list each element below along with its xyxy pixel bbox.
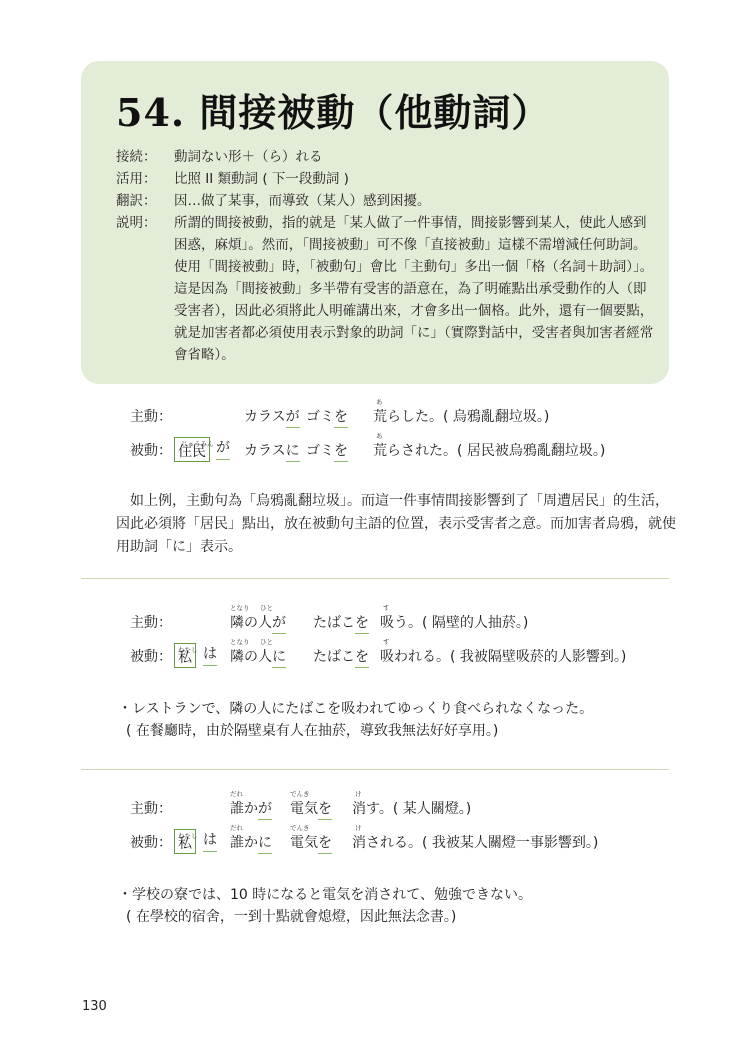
furigana: だれ <box>230 789 243 798</box>
furigana: あ <box>376 397 383 406</box>
object-phrase: でんき電気を <box>290 798 332 818</box>
translation: ( 某人關燈。) <box>393 801 471 817</box>
furigana: あ <box>376 431 383 440</box>
particle: に <box>286 443 300 462</box>
furigana: ひと <box>260 637 273 646</box>
example-2: 主動： となりひと隣の人が たばこを す吸う。( 隔壁的人抽菸。) 被動： わた… <box>130 604 650 672</box>
example-sentence-2: ・レストランで、隣の人にたばこを吸われてゆっくり食べられなくなった。 ( 在餐廳… <box>118 698 658 742</box>
active-sentence: 主動： となりひと隣の人が たばこを す吸う。( 隔壁的人抽菸。) <box>130 604 650 638</box>
info-label: 説明： <box>116 212 174 366</box>
info-conjugation: 活用： 比照 II 類動詞 ( 下一段動詞 ) <box>116 168 656 190</box>
victim-box: じゅうみん住民 <box>174 437 210 462</box>
particle: に <box>272 649 286 668</box>
verb-phrase: け消す。( 某人關燈。) <box>352 798 471 818</box>
verb: 消される。 <box>352 835 422 851</box>
particle: が <box>216 437 230 460</box>
agent: 誰か <box>230 801 258 817</box>
victim-box: わたし私 <box>174 643 196 668</box>
section-divider <box>81 769 669 770</box>
verb-phrase: け消される。( 我被某人關燈一事影響到。) <box>352 832 598 852</box>
particle: が <box>286 409 300 428</box>
agent: 隣の人 <box>230 615 272 631</box>
active-label: 主動： <box>130 798 172 818</box>
example-sentence-3: ・学校の寮では、10 時になると電気を消されて、勉強できない。 ( 在學校的宿舍… <box>118 884 658 928</box>
furigana: す <box>383 637 390 646</box>
info-connection: 接続： 動詞ない形＋（ら）れる <box>116 146 656 168</box>
page-number: 130 <box>82 999 107 1014</box>
info-text: 因…做了某事，而導致（某人）感到困擾。 <box>174 190 656 212</box>
verb-phrase: す吸われる。( 我被隔壁吸菸的人影響到。) <box>380 646 626 666</box>
agent-phrase: カラスに <box>244 440 300 460</box>
verb-phrase: あ荒らした。( 烏鴉亂翻垃圾。) <box>373 406 549 426</box>
info-explanation: 説明： 所謂的間接被動，指的就是「某人做了一件事情，間接影響到某人，使此人感到困… <box>116 212 656 366</box>
object: 電気 <box>290 801 318 817</box>
victim-box: わたし私 <box>174 829 196 854</box>
info-label: 活用： <box>116 168 174 190</box>
furigana: でんき <box>290 789 310 798</box>
active-label: 主動： <box>130 406 172 426</box>
particle: を <box>334 409 348 428</box>
object: 電気 <box>290 835 318 851</box>
agent-phrase: カラスが <box>244 406 300 426</box>
translation: ( 烏鴉亂翻垃圾。) <box>443 409 549 425</box>
verb-rest: らされた。 <box>387 443 457 459</box>
particle: を <box>334 443 348 462</box>
info-label: 接続： <box>116 146 174 168</box>
active-sentence: 主動： カラスが ゴミを あ荒らした。( 烏鴉亂翻垃圾。) <box>130 398 650 432</box>
japanese-sentence: ・レストランで、隣の人にたばこを吸われてゆっくり食べられなくなった。 <box>118 698 658 720</box>
object: たばこ <box>313 649 355 665</box>
furigana: わたし <box>178 831 198 840</box>
passive-sentence: 被動： わたし私 は となりひと隣の人に たばこを す吸われる。( 我被隔壁吸菸… <box>130 638 650 672</box>
chinese-translation: ( 在餐廳時，由於隔壁桌有人在抽菸，導致我無法好好享用。) <box>118 720 658 742</box>
agent: カラス <box>244 409 286 425</box>
particle: は <box>203 829 217 852</box>
example-3: 主動： だれ誰かが でんき電気を け消す。( 某人關燈。) 被動： わたし私 は… <box>130 790 650 858</box>
agent: 隣の人 <box>230 649 272 665</box>
info-text: 動詞ない形＋（ら）れる <box>174 146 656 168</box>
verb: 消す。 <box>352 801 393 817</box>
object: ゴミ <box>306 443 334 459</box>
agent-phrase: だれ誰かに <box>230 832 272 852</box>
kanji: 荒 <box>373 443 387 459</box>
passive-sentence: 被動： わたし私 は だれ誰かに でんき電気を け消される。( 我被某人關燈一事… <box>130 824 650 858</box>
particle: に <box>258 835 272 854</box>
chinese-translation: ( 在學校的宿舍，一到十點就會熄燈，因此無法念書。) <box>118 906 658 928</box>
verb: 吸われる。 <box>380 649 450 665</box>
verb-phrase: あ荒らされた。( 居民被烏鴉亂翻垃圾。) <box>373 440 605 460</box>
particle: が <box>258 801 272 820</box>
verb: 吸う。 <box>380 615 422 631</box>
furigana: でんき <box>290 823 310 832</box>
agent-phrase: だれ誰かが <box>230 798 272 818</box>
particle: を <box>318 835 332 854</box>
object: たばこ <box>313 615 355 631</box>
translation: ( 我被隔壁吸菸的人影響到。) <box>450 649 626 665</box>
translation: ( 居民被烏鴉亂翻垃圾。) <box>457 443 605 459</box>
object-phrase: ゴミを <box>306 406 348 426</box>
info-label: 翻訳： <box>116 190 174 212</box>
furigana: す <box>383 603 390 612</box>
section-divider <box>81 578 669 579</box>
translation: ( 隔壁的人抽菸。) <box>422 615 528 631</box>
passive-label: 被動： <box>130 832 172 852</box>
agent-phrase: となりひと隣の人に <box>230 646 286 666</box>
example-1: 主動： カラスが ゴミを あ荒らした。( 烏鴉亂翻垃圾。) 被動： じゅうみん住… <box>130 398 650 466</box>
particle: を <box>318 801 332 820</box>
agent: カラス <box>244 443 286 459</box>
japanese-sentence: ・学校の寮では、10 時になると電気を消されて、勉強できない。 <box>118 884 658 906</box>
passive-label: 被動： <box>130 440 172 460</box>
verb-phrase: す吸う。( 隔壁的人抽菸。) <box>380 612 528 632</box>
particle: は <box>203 643 217 666</box>
active-sentence: 主動： だれ誰かが でんき電気を け消す。( 某人關燈。) <box>130 790 650 824</box>
info-text: 所謂的間接被動，指的就是「某人做了一件事情，間接影響到某人，使此人感到困惑，麻煩… <box>174 212 656 366</box>
object-phrase: ゴミを <box>306 440 348 460</box>
object-phrase: でんき電気を <box>290 832 332 852</box>
particle: を <box>355 615 369 634</box>
furigana: だれ <box>230 823 243 832</box>
info-text: 比照 II 類動詞 ( 下一段動詞 ) <box>174 168 656 190</box>
furigana: ひと <box>260 603 273 612</box>
passive-label: 被動： <box>130 646 172 666</box>
particle: を <box>355 649 369 668</box>
furigana: け <box>355 823 362 832</box>
info-translation: 翻訳： 因…做了某事，而導致（某人）感到困擾。 <box>116 190 656 212</box>
active-label: 主動： <box>130 612 172 632</box>
grammar-info: 接続： 動詞ない形＋（ら）れる 活用： 比照 II 類動詞 ( 下一段動詞 ) … <box>116 146 656 366</box>
agent-phrase: となりひと隣の人が <box>230 612 286 632</box>
object-phrase: たばこを <box>313 612 369 632</box>
furigana: となり <box>230 603 250 612</box>
explanation-paragraph: 如上例，主動句為「烏鴉亂翻垃圾」。而這一件事情間接影響到了「周遭居民」的生活，因… <box>116 490 676 559</box>
verb-rest: らした。 <box>387 409 443 425</box>
furigana: わたし <box>178 645 198 654</box>
furigana: となり <box>230 637 250 646</box>
translation: ( 我被某人關燈一事影響到。) <box>422 835 598 851</box>
furigana: じゅうみん <box>181 439 214 448</box>
furigana: け <box>355 789 362 798</box>
object-phrase: たばこを <box>313 646 369 666</box>
passive-sentence: 被動： じゅうみん住民 が カラスに ゴミを あ荒らされた。( 居民被烏鴉亂翻垃… <box>130 432 650 466</box>
particle: が <box>272 615 286 634</box>
page-title: 54. 間接被動（他動詞） <box>116 82 550 137</box>
object: ゴミ <box>306 409 334 425</box>
agent: 誰か <box>230 835 258 851</box>
kanji: 荒 <box>373 409 387 425</box>
